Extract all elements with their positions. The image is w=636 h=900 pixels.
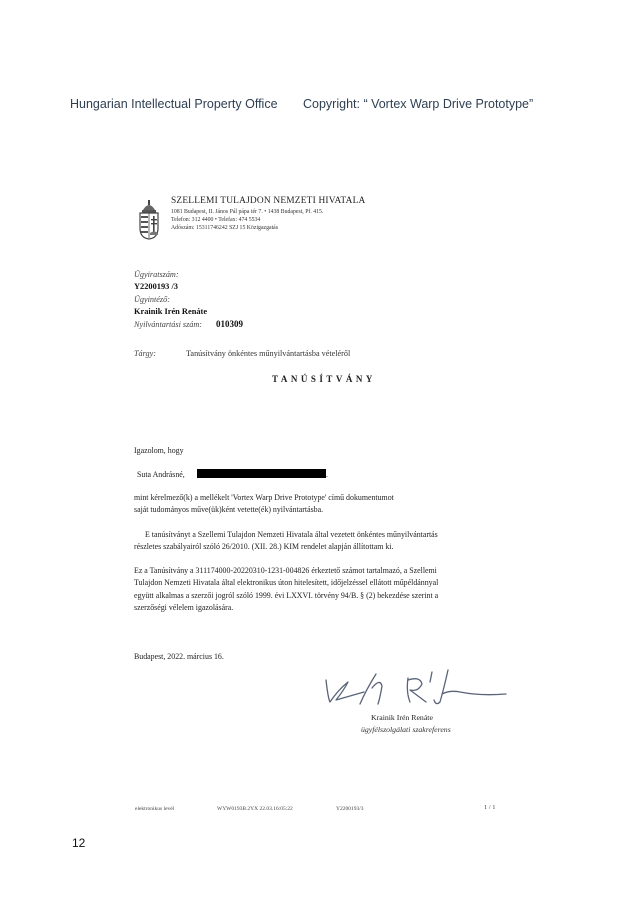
certificate-title: TANÚSÍTVÁNY <box>272 374 376 384</box>
paragraph-3-line-3: együtt alkalmas a szerzői jogról szóló 1… <box>134 591 438 600</box>
case-ref-label: Ügyiratszám: <box>134 270 179 279</box>
paragraph-2-line-1: E tanúsítványt a Szellemi Tulajdon Nemze… <box>145 530 438 539</box>
redaction-bar <box>197 469 326 478</box>
scanned-certificate <box>112 150 542 830</box>
header-copyright-title: Copyright: “ Vortex Warp Drive Prototype… <box>303 97 533 111</box>
subject-value: Tanúsítvány önkéntes műnyilvántartásba v… <box>186 349 350 358</box>
paragraph-3-line-1: Ez a Tanúsítvány a 311174000-20220310-12… <box>134 566 437 575</box>
applicant-trailing: . <box>326 470 328 479</box>
registration-number-label: Nyilvántartási szám: <box>134 320 202 329</box>
paragraph-3-line-4: szerzőségi vélelem igazolására. <box>134 603 233 612</box>
issue-date: Budapest, 2022. március 16. <box>134 652 224 661</box>
letterhead-org-name: SZELLEMI TULAJDON NEMZETI HIVATALA <box>171 196 365 206</box>
clerk-value: Krainik Irén Renáte <box>134 307 207 316</box>
paragraph-1-line-2: saját tudományos műve(ük)ként vetette(ék… <box>134 505 323 514</box>
footer-timestamp-code: WYW0193B.2YX 22.03.16:05:22 <box>217 806 293 812</box>
footer-reference: Y2200193/3 <box>336 806 364 812</box>
handwritten-signature <box>320 668 510 710</box>
page-number: 12 <box>72 836 85 850</box>
greeting-text: Igazolom, hogy <box>134 446 184 455</box>
letterhead-address: 1081 Budapest, II. János Pál pápa tér 7.… <box>171 209 323 215</box>
paragraph-1-line-1: mint kérelmező(k) a mellékelt 'Vortex Wa… <box>134 493 394 502</box>
subject-label: Tárgy: <box>134 349 156 358</box>
paragraph-3-line-2: Tulajdon Nemzeti Hivatala által elektron… <box>134 578 438 587</box>
applicant-name: Suta Andrásné, <box>137 470 185 479</box>
signer-name: Krainik Irén Renáte <box>371 713 433 722</box>
case-ref-value: Y2200193 /3 <box>134 282 178 291</box>
hungarian-coat-of-arms-icon <box>138 198 160 240</box>
registration-number-value: 010309 <box>216 319 243 329</box>
letterhead-phone: Telefon: 312 4400 • Telefax: 474 5534 <box>171 217 260 223</box>
signer-role: ügyfélszolgálati szakreferens <box>361 725 451 734</box>
clerk-label: Ügyintéző: <box>134 295 170 304</box>
paragraph-2-line-2: részletes szabályairól szóló 26/2010. (X… <box>134 542 393 551</box>
footer-document-type: elektronikus levél <box>135 806 174 812</box>
header-office-name: Hungarian Intellectual Property Office <box>70 97 278 111</box>
letterhead-tax-id: Adószám: 15311746242 SZJ 15 Közigazgatás <box>171 225 278 231</box>
footer-page-count: 1 / 1 <box>484 804 496 811</box>
